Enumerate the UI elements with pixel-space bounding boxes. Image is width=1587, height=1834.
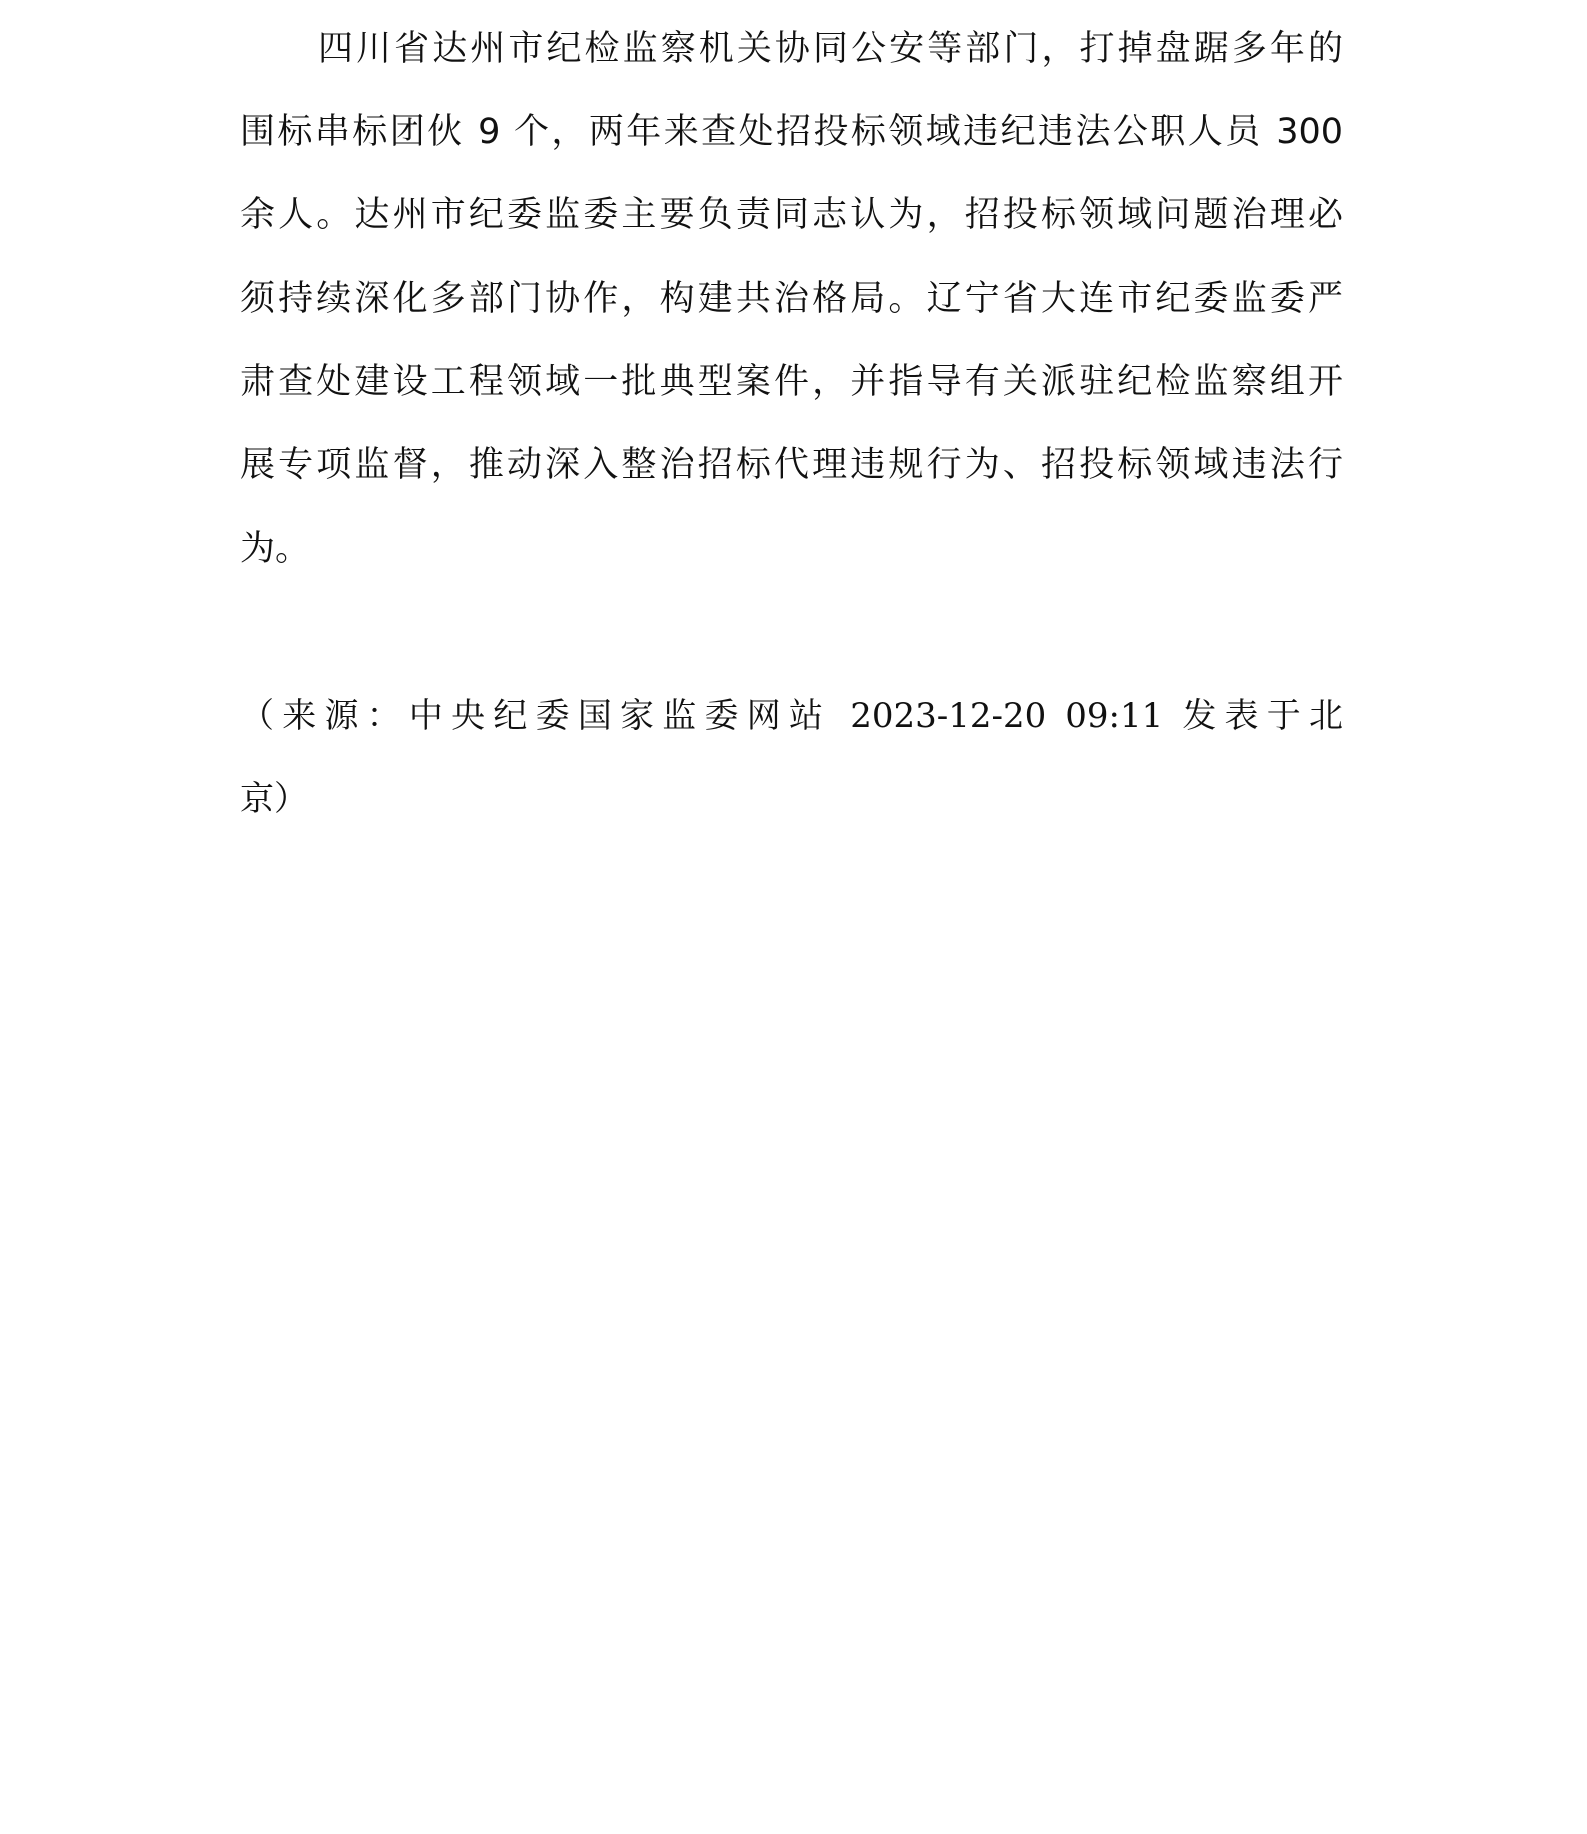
paragraph-line-7: 为。 — [240, 508, 1343, 591]
paragraph-line-1: 四川省达州市纪检监察机关协同公安等部门，打掉盘踞多年的 — [318, 8, 1343, 91]
paragraph-line-4: 须持续深化多部门协作，构建共治格局。辽宁省大连市纪委监委严 — [240, 258, 1343, 341]
source-attribution-line-2: 京） — [240, 758, 1343, 841]
source-attribution-line-1: （来源：中央纪委国家监委网站 2023-12-20 09:11 发表于北 — [240, 675, 1343, 758]
paragraph-line-3: 余人。达州市纪委监委主要负责同志认为，招投标领域问题治理必 — [240, 174, 1343, 257]
paragraph-line-2: 围标串标团伙 9 个，两年来查处招投标领域违纪违法公职人员 300 — [240, 91, 1343, 174]
paragraph-line-5: 肃查处建设工程领域一批典型案件，并指导有关派驻纪检监察组开 — [240, 341, 1343, 424]
document-page: 四川省达州市纪检监察机关协同公安等部门，打掉盘踞多年的 围标串标团伙 9 个，两… — [0, 0, 1587, 1834]
paragraph-line-6: 展专项监督，推动深入整治招标代理违规行为、招投标领域违法行 — [240, 424, 1343, 507]
